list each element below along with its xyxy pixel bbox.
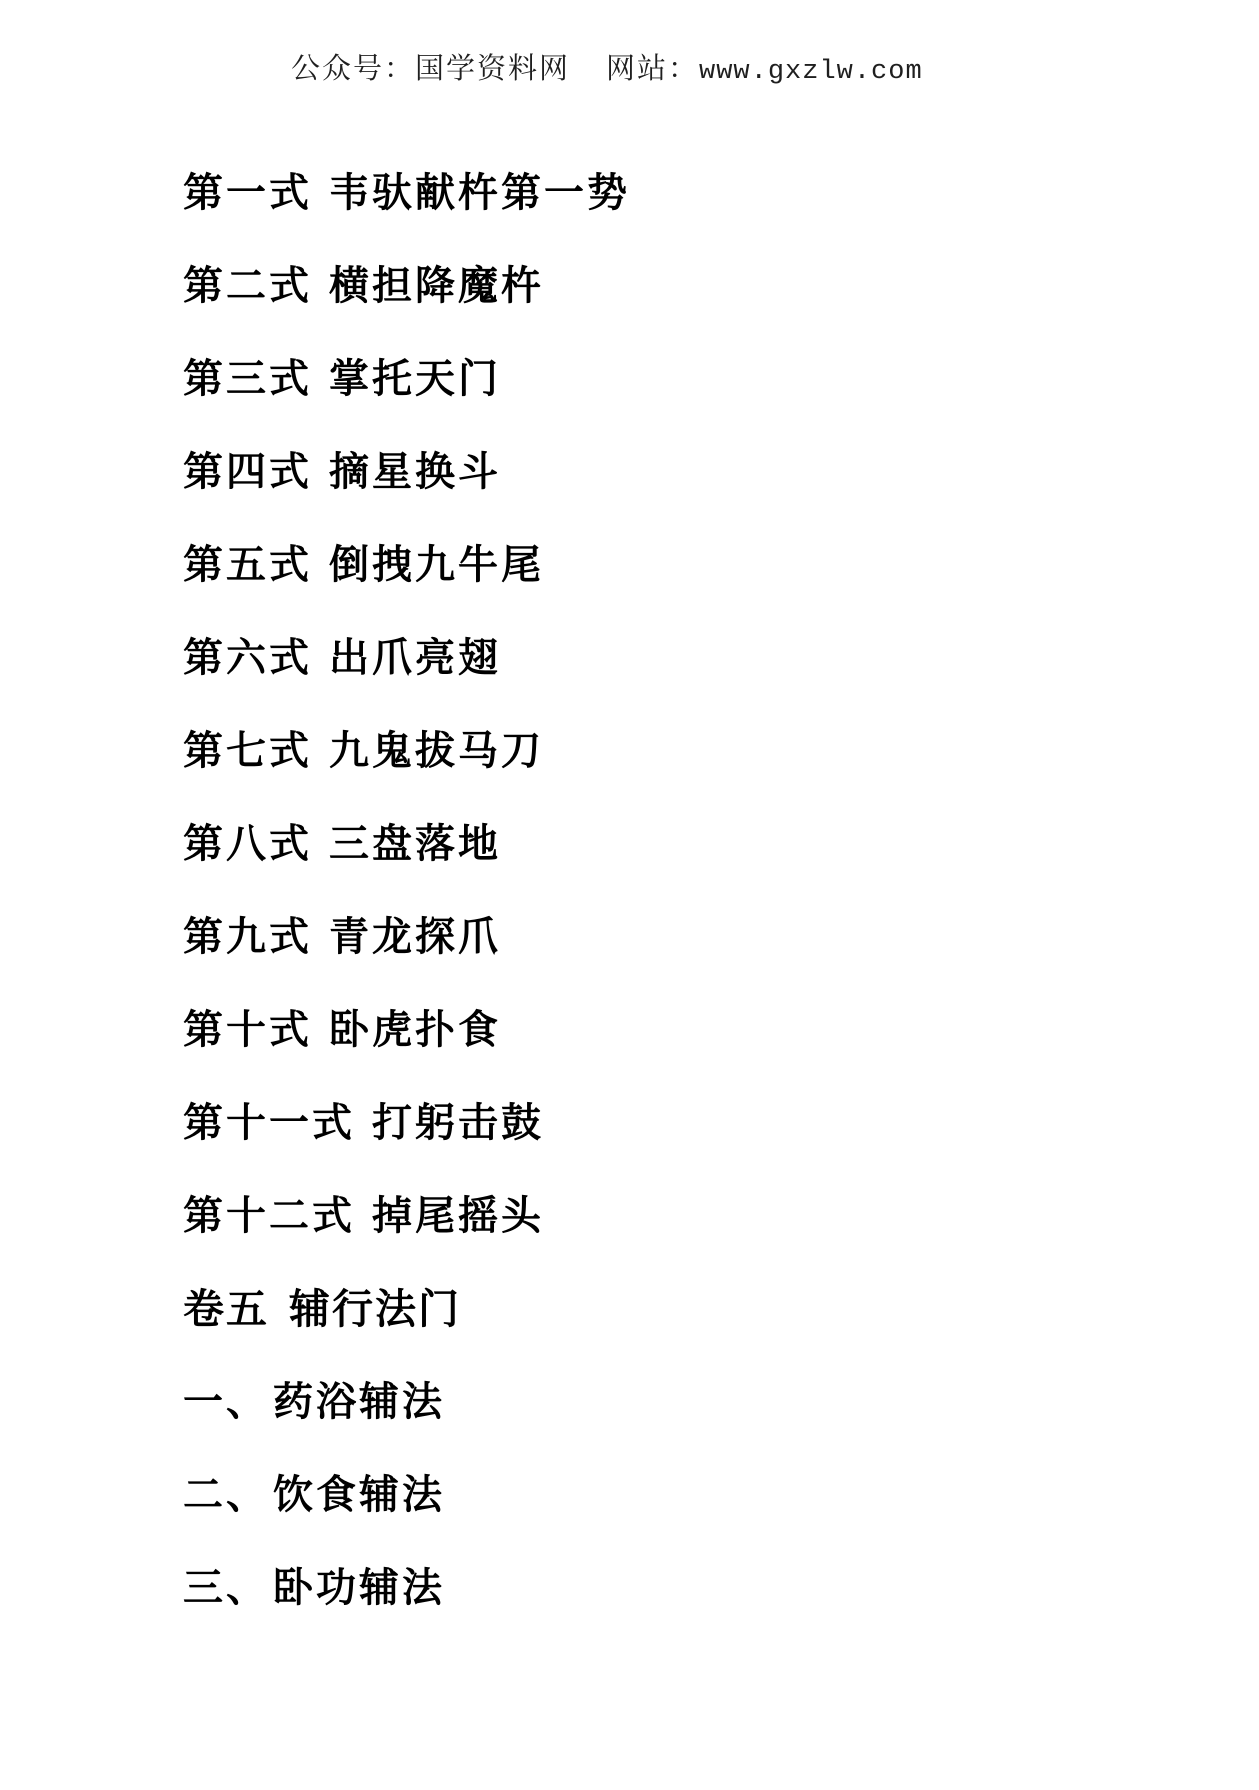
toc-item-label: 第十一式 bbox=[183, 1091, 355, 1148]
toc-item-label: 第八式 bbox=[183, 812, 312, 869]
toc-item-label: 第四式 bbox=[183, 440, 312, 497]
toc-item-label: 第二式 bbox=[183, 254, 312, 311]
toc-sub-item-label: 一、 bbox=[183, 1370, 269, 1427]
toc-item: 第四式 摘星换斗 bbox=[183, 422, 1179, 515]
toc-item-label: 第六式 bbox=[183, 626, 312, 683]
header-website-label: 网站： bbox=[606, 46, 699, 87]
toc-item-name: 三盘落地 bbox=[329, 812, 501, 869]
section-heading-label: 卷五 bbox=[183, 1276, 269, 1335]
site-header: 公众号：国学资料网 网站：www.gxzlw.com bbox=[291, 46, 923, 87]
toc-sub-item-name: 卧功辅法 bbox=[273, 1556, 445, 1613]
toc-sub-item-label: 三、 bbox=[183, 1556, 269, 1613]
toc-item-name: 摘星换斗 bbox=[329, 440, 501, 497]
toc-item: 第五式 倒拽九牛尾 bbox=[183, 515, 1179, 608]
document-page: 公众号：国学资料网 网站：www.gxzlw.com 第一式 韦驮献杵第一势 第… bbox=[0, 0, 1259, 1790]
toc-item-name: 卧虎扑食 bbox=[329, 998, 501, 1055]
toc-item-label: 第十式 bbox=[183, 998, 312, 1055]
toc-item-name: 倒拽九牛尾 bbox=[329, 533, 544, 590]
toc-item-label: 第三式 bbox=[183, 347, 312, 404]
toc-item-name: 横担降魔杵 bbox=[329, 254, 544, 311]
toc-item: 第十一式 打躬击鼓 bbox=[183, 1073, 1179, 1166]
toc-item-name: 出爪亮翅 bbox=[329, 626, 501, 683]
toc-item-name: 九鬼拔马刀 bbox=[329, 719, 544, 776]
toc-item-name: 打躬击鼓 bbox=[372, 1091, 544, 1148]
toc-item: 第一式 韦驮献杵第一势 bbox=[183, 143, 1179, 236]
toc-item: 第十式 卧虎扑食 bbox=[183, 980, 1179, 1073]
toc-sub-item: 二、 饮食辅法 bbox=[183, 1445, 1179, 1538]
toc-sub-item: 三、 卧功辅法 bbox=[183, 1538, 1179, 1631]
toc-item: 第三式 掌托天门 bbox=[183, 329, 1179, 422]
toc-item-label: 第七式 bbox=[183, 719, 312, 776]
header-account-text: 公众号：国学资料网 bbox=[291, 46, 570, 87]
toc-item-name: 青龙探爪 bbox=[329, 905, 501, 962]
toc-item-name: 掌托天门 bbox=[329, 347, 501, 404]
toc-item-name: 掉尾摇头 bbox=[372, 1184, 544, 1241]
table-of-contents: 第一式 韦驮献杵第一势 第二式 横担降魔杵 第三式 掌托天门 第四式 摘星换斗 … bbox=[183, 143, 1179, 1631]
toc-sub-item-label: 二、 bbox=[183, 1463, 269, 1520]
header-website-url: www.gxzlw.com bbox=[699, 57, 923, 87]
toc-item-label: 第九式 bbox=[183, 905, 312, 962]
toc-item: 第六式 出爪亮翅 bbox=[183, 608, 1179, 701]
toc-item-label: 第一式 bbox=[183, 161, 312, 218]
toc-item-label: 第十二式 bbox=[183, 1184, 355, 1241]
toc-item: 第九式 青龙探爪 bbox=[183, 887, 1179, 980]
toc-item: 第十二式 掉尾摇头 bbox=[183, 1166, 1179, 1259]
toc-sub-item: 一、 药浴辅法 bbox=[183, 1352, 1179, 1445]
toc-item-name: 韦驮献杵第一势 bbox=[329, 161, 630, 218]
toc-sub-item-name: 药浴辅法 bbox=[273, 1370, 445, 1427]
section-heading-name: 辅行法门 bbox=[289, 1276, 461, 1335]
section-heading: 卷五 辅行法门 bbox=[183, 1259, 1179, 1352]
toc-item: 第二式 横担降魔杵 bbox=[183, 236, 1179, 329]
toc-item: 第七式 九鬼拔马刀 bbox=[183, 701, 1179, 794]
toc-sub-item-name: 饮食辅法 bbox=[273, 1463, 445, 1520]
toc-item-label: 第五式 bbox=[183, 533, 312, 590]
header-website: 网站：www.gxzlw.com bbox=[606, 46, 923, 87]
toc-item: 第八式 三盘落地 bbox=[183, 794, 1179, 887]
